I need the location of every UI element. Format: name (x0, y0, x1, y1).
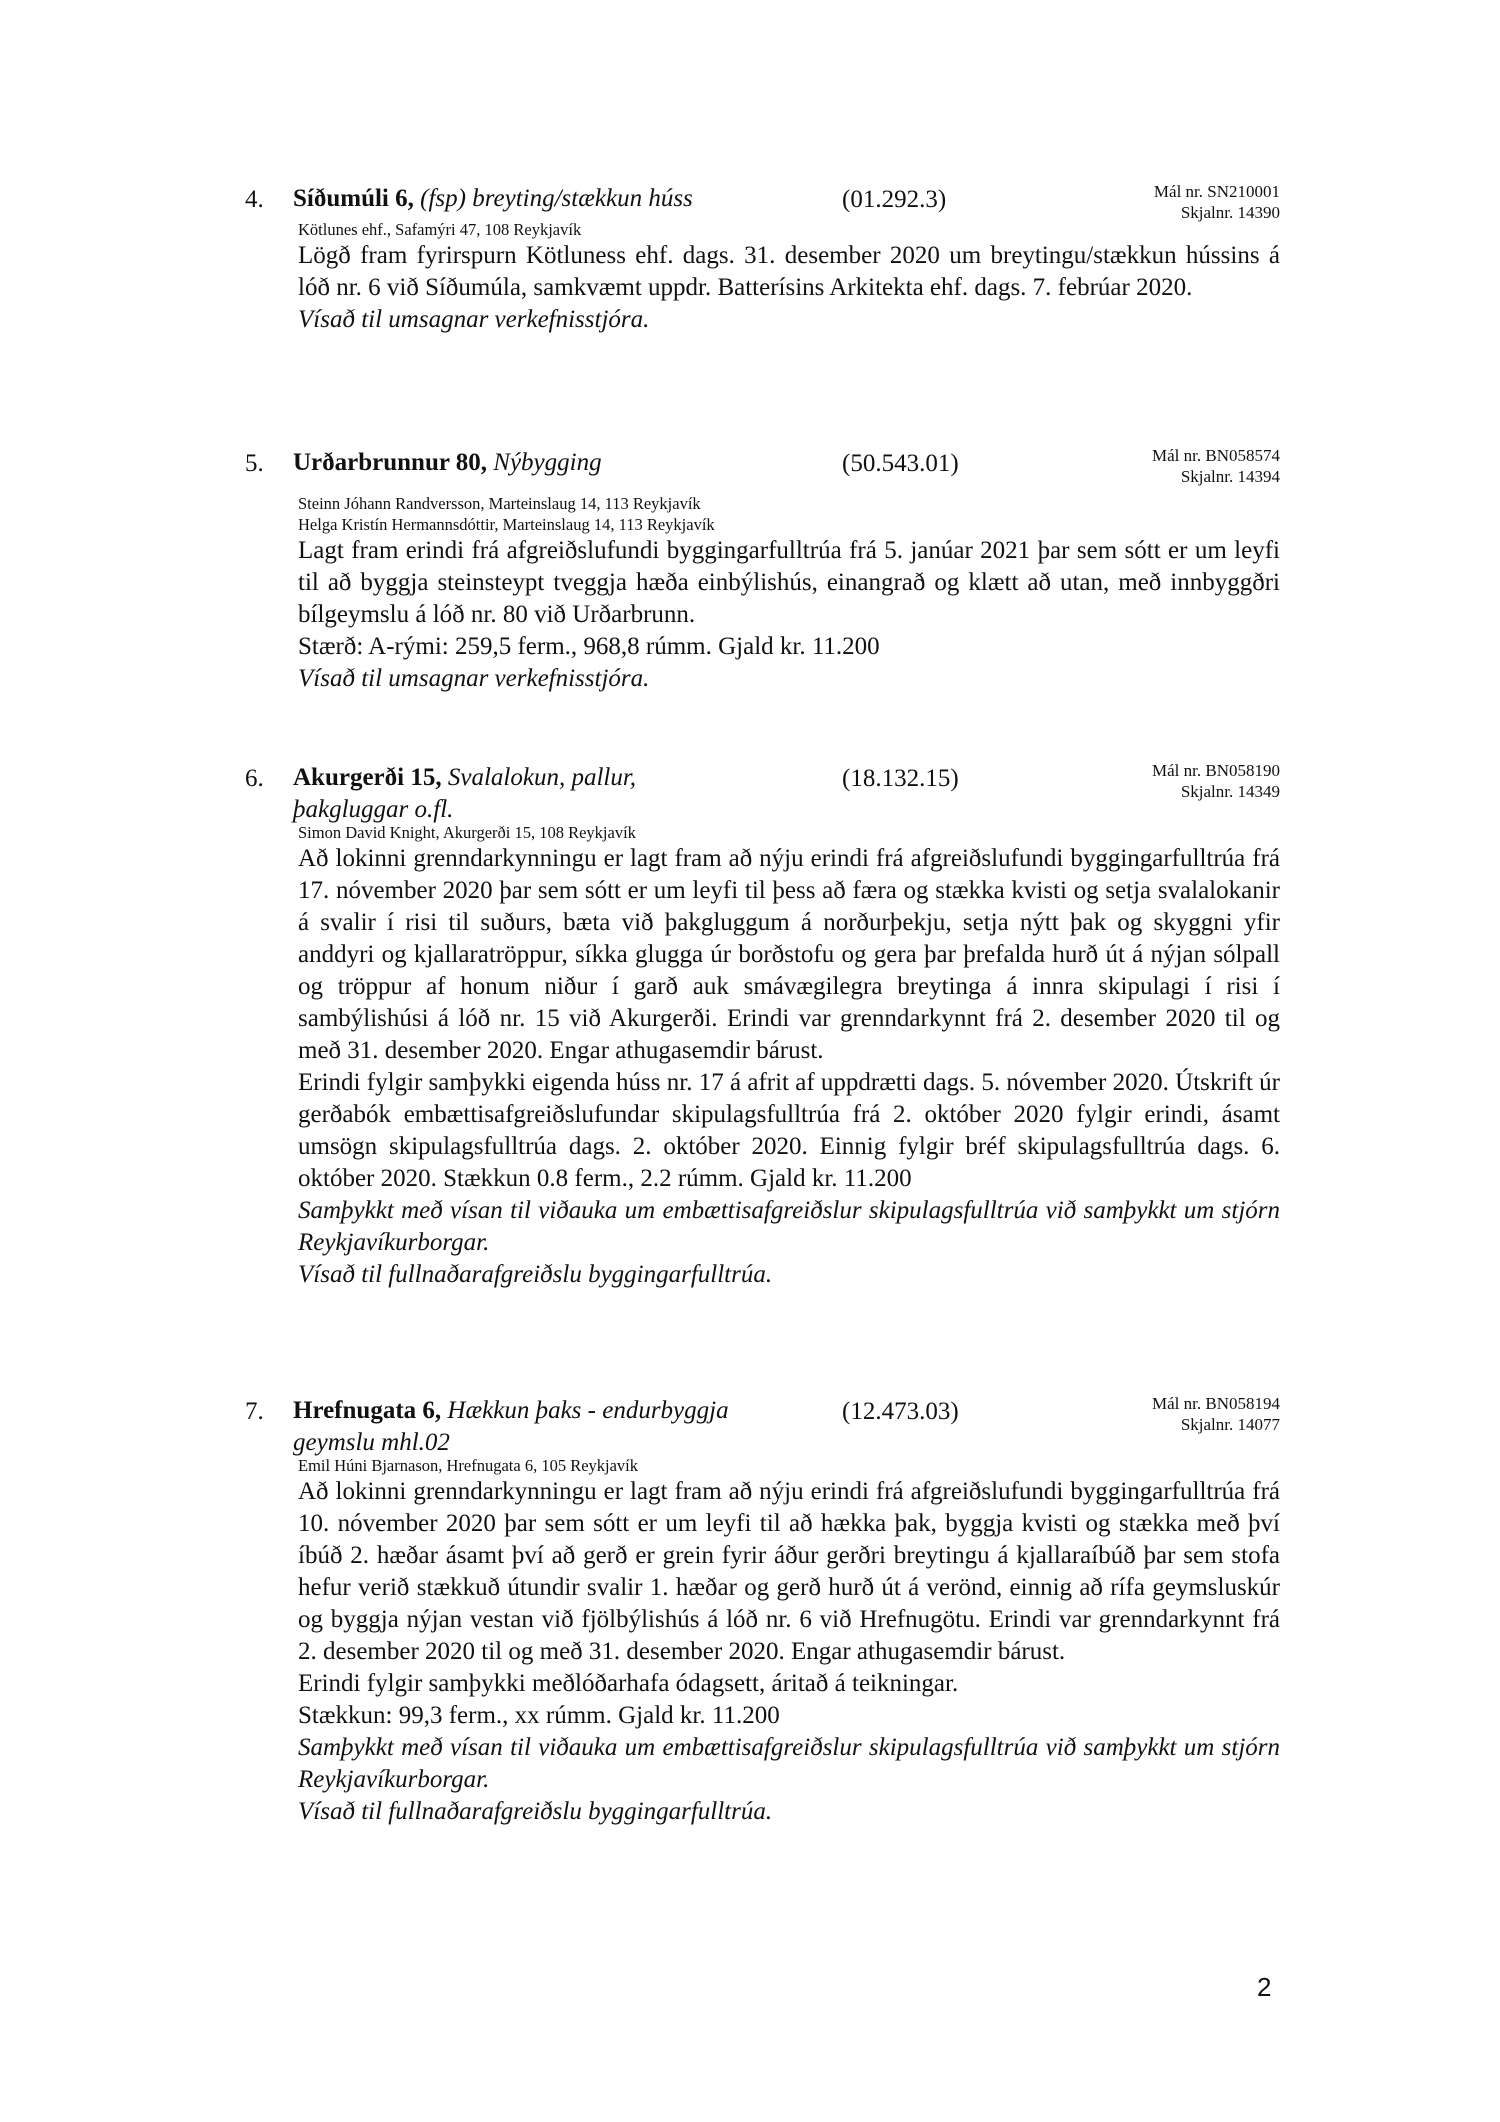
agenda-item-5: 5. Urðarbrunnur 80, Nýbygging (50.543.01… (245, 447, 1280, 695)
item-header: 7. Hrefnugata 6, Hækkun þaks - endurbygg… (245, 1395, 1280, 1455)
approval: Samþykkt með vísan til viðauka um embætt… (298, 1732, 1280, 1796)
item-references: Mál nr. BN058190 Skjalnr. 14349 (1152, 760, 1280, 802)
item-number: 6. (245, 762, 264, 796)
doc-number: Skjalnr. 14390 (1154, 202, 1280, 223)
land-number: (01.292.3) (842, 183, 946, 217)
item-body: Lögð fram fyrirspurn Kötluness ehf. dags… (298, 240, 1280, 336)
case-number: Mál nr. BN058194 (1152, 1393, 1280, 1414)
decision: Vísað til fullnaðarafgreiðslu byggingarf… (298, 1259, 1280, 1291)
paragraph: Lagt fram erindi frá afgreiðslufundi byg… (298, 535, 1280, 631)
agenda-item-4: 4. Síðumúli 6, (fsp) breyting/stækkun hú… (245, 183, 1280, 336)
item-number: 4. (245, 183, 264, 217)
item-body: Lagt fram erindi frá afgreiðslufundi byg… (298, 535, 1280, 695)
item-subject: (fsp) breyting/stækkun húss (420, 185, 693, 212)
paragraph: Lögð fram fyrirspurn Kötluness ehf. dags… (298, 240, 1280, 304)
applicant: Steinn Jóhann Randversson, Marteinslaug … (298, 493, 1280, 514)
size-info: Stærð: A-rými: 259,5 ferm., 968,8 rúmm. … (298, 631, 1280, 663)
item-references: Mál nr. BN058194 Skjalnr. 14077 (1152, 1393, 1280, 1435)
applicants: Steinn Jóhann Randversson, Marteinslaug … (298, 493, 1280, 535)
agenda-item-6: 6. Akurgerði 15, Svalalokun, pallur, þak… (245, 762, 1280, 1291)
land-number: (12.473.03) (842, 1395, 959, 1429)
item-subject: Nýbygging (493, 449, 601, 476)
paragraph: Erindi fylgir samþykki eigenda húss nr. … (298, 1067, 1280, 1195)
item-header: 5. Urðarbrunnur 80, Nýbygging (50.543.01… (245, 447, 1280, 481)
item-references: Mál nr. SN210001 Skjalnr. 14390 (1154, 181, 1280, 223)
item-address: Urðarbrunnur 80, (293, 449, 487, 476)
item-title: Síðumúli 6, (fsp) breyting/stækkun húss (293, 183, 793, 215)
item-header: 6. Akurgerði 15, Svalalokun, pallur, þak… (245, 762, 1280, 822)
item-address: Akurgerði 15, (293, 764, 442, 791)
case-number: Mál nr. SN210001 (1154, 181, 1280, 202)
item-body: Að lokinni grenndarkynningu er lagt fram… (298, 1476, 1280, 1828)
paragraph: Erindi fylgir samþykki meðlóðarhafa ódag… (298, 1668, 1280, 1700)
applicant: Helga Kristín Hermannsdóttir, Marteinsla… (298, 514, 1280, 535)
item-number: 5. (245, 447, 264, 481)
item-address: Síðumúli 6, (293, 185, 414, 212)
paragraph: Að lokinni grenndarkynningu er lagt fram… (298, 843, 1280, 1067)
item-references: Mál nr. BN058574 Skjalnr. 14394 (1152, 445, 1280, 487)
page-number: 2 (1257, 1972, 1271, 2003)
item-header: 4. Síðumúli 6, (fsp) breyting/stækkun hú… (245, 183, 1280, 217)
item-title: Urðarbrunnur 80, Nýbygging (293, 447, 793, 479)
item-number: 7. (245, 1395, 264, 1429)
size-info: Stækkun: 99,3 ferm., xx rúmm. Gjald kr. … (298, 1700, 1280, 1732)
item-title: Akurgerði 15, Svalalokun, pallur, þakglu… (293, 762, 693, 826)
item-title: Hrefnugata 6, Hækkun þaks - endurbyggja … (293, 1395, 813, 1459)
applicant: Kötlunes ehf., Safamýri 47, 108 Reykjaví… (298, 219, 1280, 240)
decision: Vísað til umsagnar verkefnisstjóra. (298, 304, 1280, 336)
paragraph: Að lokinni grenndarkynningu er lagt fram… (298, 1476, 1280, 1668)
decision: Vísað til fullnaðarafgreiðslu byggingarf… (298, 1796, 1280, 1828)
land-number: (18.132.15) (842, 762, 959, 796)
decision: Vísað til umsagnar verkefnisstjóra. (298, 663, 1280, 695)
item-body: Að lokinni grenndarkynningu er lagt fram… (298, 843, 1280, 1291)
case-number: Mál nr. BN058574 (1152, 445, 1280, 466)
approval: Samþykkt með vísan til viðauka um embætt… (298, 1195, 1280, 1259)
doc-number: Skjalnr. 14349 (1152, 781, 1280, 802)
doc-number: Skjalnr. 14077 (1152, 1414, 1280, 1435)
agenda-item-7: 7. Hrefnugata 6, Hækkun þaks - endurbygg… (245, 1395, 1280, 1828)
applicants: Kötlunes ehf., Safamýri 47, 108 Reykjaví… (298, 219, 1280, 240)
doc-number: Skjalnr. 14394 (1152, 466, 1280, 487)
land-number: (50.543.01) (842, 447, 959, 481)
item-address: Hrefnugata 6, (293, 1397, 441, 1424)
case-number: Mál nr. BN058190 (1152, 760, 1280, 781)
